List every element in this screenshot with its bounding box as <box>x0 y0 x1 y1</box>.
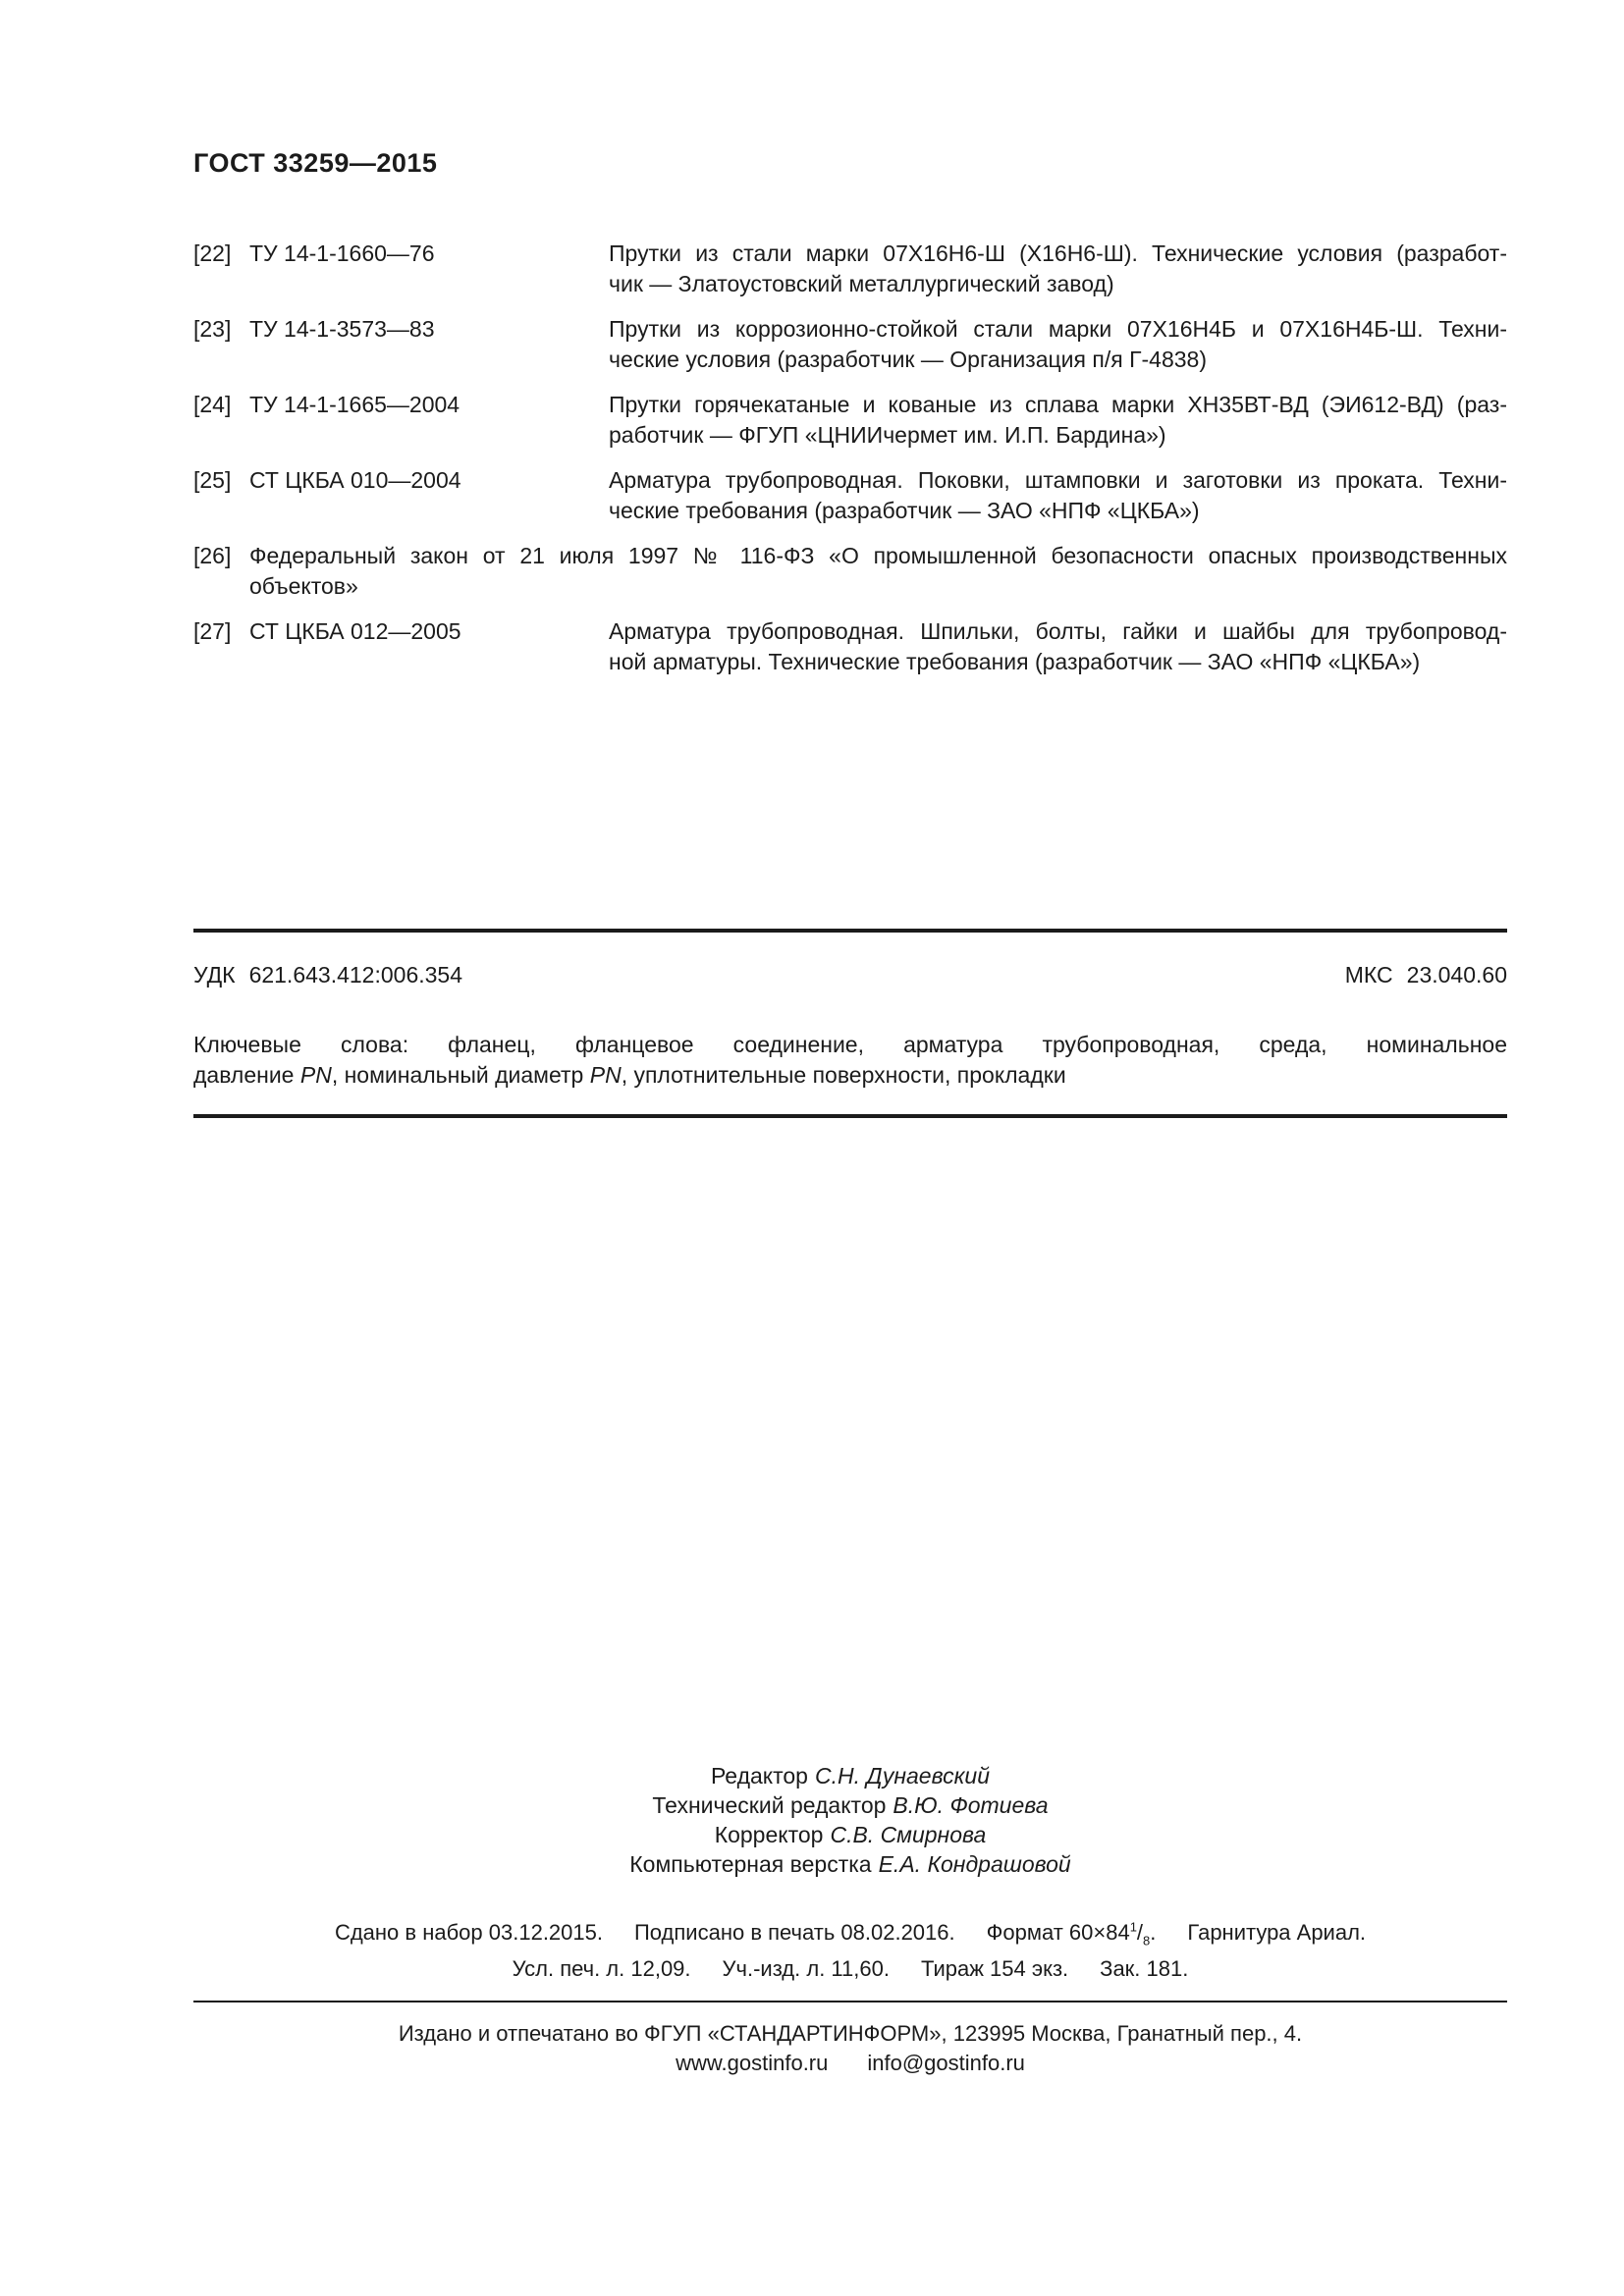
udk-code: УДК621.643.412:006.354 <box>193 960 462 990</box>
divider-thin <box>193 2001 1507 2002</box>
reference-description: Федеральный закон от 21 июля 1997 № 116-… <box>249 541 1507 602</box>
keywords-text: давление <box>193 1062 300 1088</box>
document-page: ГОСТ 33259—2015 [22] ТУ 14-1-1660—76 Пру… <box>0 0 1624 2296</box>
imprint-line-1: Сдано в набор 03.12.2015.Подписано в печ… <box>193 1914 1507 1955</box>
reference-code: СТ ЦКБА 010—2004 <box>249 465 609 526</box>
reference-item-law: [26] Федеральный закон от 21 июля 1997 №… <box>193 541 1507 602</box>
editor-line: КорректорС.В. Смирнова <box>193 1820 1507 1849</box>
reference-code: ТУ 14-1-3573—83 <box>249 314 609 375</box>
keywords-line: Ключевые слова: фланец, фланцевое соедин… <box>193 1030 1507 1060</box>
editor-name: В.Ю. Фотиева <box>893 1792 1048 1818</box>
keywords-paragraph: Ключевые слова: фланец, фланцевое соедин… <box>193 1030 1507 1091</box>
reference-item: [25] СТ ЦКБА 010—2004 Арматура трубопров… <box>193 465 1507 526</box>
imprint-print-date: Подписано в печать 08.02.2016. <box>634 1920 955 1945</box>
reference-number: [22] <box>193 239 249 299</box>
reference-description: Прутки из стали марки 07Х16Н6-Ш (Х16Н6-Ш… <box>609 239 1507 299</box>
reference-description-line: ной арматуры. Технические требования (ра… <box>609 647 1507 677</box>
reference-code: ТУ 14-1-1665—2004 <box>249 390 609 451</box>
reference-description-line: Арматура трубопроводная. Шпильки, болты,… <box>609 616 1507 647</box>
reference-code: СТ ЦКБА 012—2005 <box>249 616 609 677</box>
udk-label: УДК <box>193 962 236 988</box>
editor-role: Компьютерная верстка <box>629 1851 871 1877</box>
reference-description: Арматура трубопроводная. Шпильки, болты,… <box>609 616 1507 677</box>
reference-number: [25] <box>193 465 249 526</box>
reference-description-line: ческие условия (разработчик — Организаци… <box>609 345 1507 375</box>
reference-item: [23] ТУ 14-1-3573—83 Прутки из коррозион… <box>193 314 1507 375</box>
editor-name: Е.А. Кондрашовой <box>879 1851 1071 1877</box>
editorial-staff: РедакторС.Н. Дунаевский Технический реда… <box>193 1761 1507 1879</box>
editor-role: Корректор <box>715 1822 824 1847</box>
imprint-format-sup: 1 <box>1130 1920 1137 1935</box>
pn-symbol: PN <box>590 1062 622 1088</box>
reference-number: [26] <box>193 541 249 602</box>
imprint-circulation: Тираж 154 экз. <box>921 1956 1068 1981</box>
reference-item: [27] СТ ЦКБА 012—2005 Арматура трубопров… <box>193 616 1507 677</box>
publisher-block: Издано и отпечатано во ФГУП «СТАНДАРТИНФ… <box>193 2019 1507 2078</box>
reference-description-line: объектов» <box>249 571 1507 602</box>
imprint-format-text: Формат 60×84 <box>987 1920 1130 1945</box>
reference-item: [22] ТУ 14-1-1660—76 Прутки из стали мар… <box>193 239 1507 299</box>
reference-description-line: Прутки горячекатаные и кованые из сплава… <box>609 390 1507 420</box>
reference-number: [24] <box>193 390 249 451</box>
imprint-order: Зак. 181. <box>1100 1956 1188 1981</box>
editor-line: Технический редакторВ.Ю. Фотиева <box>193 1790 1507 1820</box>
keywords-line: давление PN, номинальный диаметр PN, упл… <box>193 1060 1507 1091</box>
imprint-set-date: Сдано в набор 03.12.2015. <box>335 1920 603 1945</box>
publisher-website: www.gostinfo.ru <box>676 2051 828 2075</box>
reference-description-line: работчик — ФГУП «ЦНИИчермет им. И.П. Бар… <box>609 420 1507 451</box>
reference-description: Прутки из коррозионно-стойкой стали марк… <box>609 314 1507 375</box>
reference-description-line: Арматура трубопроводная. Поковки, штампо… <box>609 465 1507 496</box>
udk-value: 621.643.412:006.354 <box>249 962 462 988</box>
reference-description-line: Федеральный закон от 21 июля 1997 № 116-… <box>249 541 1507 571</box>
publisher-contacts: www.gostinfo.ruinfo@gostinfo.ru <box>193 2049 1507 2078</box>
keywords-text: , уплотнительные поверхности, прокладки <box>622 1062 1066 1088</box>
reference-description: Прутки горячекатаные и кованые из сплава… <box>609 390 1507 451</box>
keywords-text: , номинальный диаметр <box>332 1062 590 1088</box>
imprint-block: Сдано в набор 03.12.2015.Подписано в печ… <box>193 1914 1507 1983</box>
doc-code: ГОСТ 33259—2015 <box>193 149 1507 177</box>
divider-thick-top <box>193 929 1507 933</box>
editor-line: РедакторС.Н. Дунаевский <box>193 1761 1507 1790</box>
bibliography: [22] ТУ 14-1-1660—76 Прутки из стали мар… <box>193 239 1507 677</box>
editor-role: Технический редактор <box>652 1792 886 1818</box>
reference-code: ТУ 14-1-1660—76 <box>249 239 609 299</box>
reference-description: Арматура трубопроводная. Поковки, штампо… <box>609 465 1507 526</box>
reference-item: [24] ТУ 14-1-1665—2004 Прутки горячеката… <box>193 390 1507 451</box>
publisher-address: Издано и отпечатано во ФГУП «СТАНДАРТИНФ… <box>193 2019 1507 2049</box>
mks-code: МКС23.040.60 <box>1345 960 1507 990</box>
editor-name: С.В. Смирнова <box>830 1822 986 1847</box>
imprint-format-dot: . <box>1150 1920 1156 1945</box>
imprint-line-2: Усл. печ. л. 12,09.Уч.-изд. л. 11,60.Тир… <box>193 1955 1507 1983</box>
reference-description-line: Прутки из стали марки 07Х16Н6-Ш (Х16Н6-Ш… <box>609 239 1507 269</box>
imprint-format: Формат 60×841/8. <box>987 1920 1157 1945</box>
publisher-email: info@gostinfo.ru <box>867 2051 1025 2075</box>
reference-number: [23] <box>193 314 249 375</box>
editor-role: Редактор <box>711 1763 808 1789</box>
reference-description-line: чик — Златоустовский металлургический за… <box>609 269 1507 299</box>
reference-number: [27] <box>193 616 249 677</box>
mks-value: 23.040.60 <box>1407 962 1507 988</box>
reference-description-line: ческие требования (разработчик — ЗАО «НП… <box>609 496 1507 526</box>
imprint-pub-sheets: Уч.-изд. л. 11,60. <box>723 1956 890 1981</box>
editor-name: С.Н. Дунаевский <box>815 1763 990 1789</box>
imprint-cond-sheets: Усл. печ. л. 12,09. <box>513 1956 691 1981</box>
divider-thick-bottom <box>193 1114 1507 1118</box>
reference-description-line: Прутки из коррозионно-стойкой стали марк… <box>609 314 1507 345</box>
classification-row: УДК621.643.412:006.354 МКС23.040.60 <box>193 960 1507 990</box>
pn-symbol: PN <box>300 1062 332 1088</box>
editor-line: Компьютерная версткаЕ.А. Кондрашовой <box>193 1849 1507 1879</box>
imprint-typeface: Гарнитура Ариал. <box>1187 1920 1366 1945</box>
mks-label: МКС <box>1345 962 1393 988</box>
